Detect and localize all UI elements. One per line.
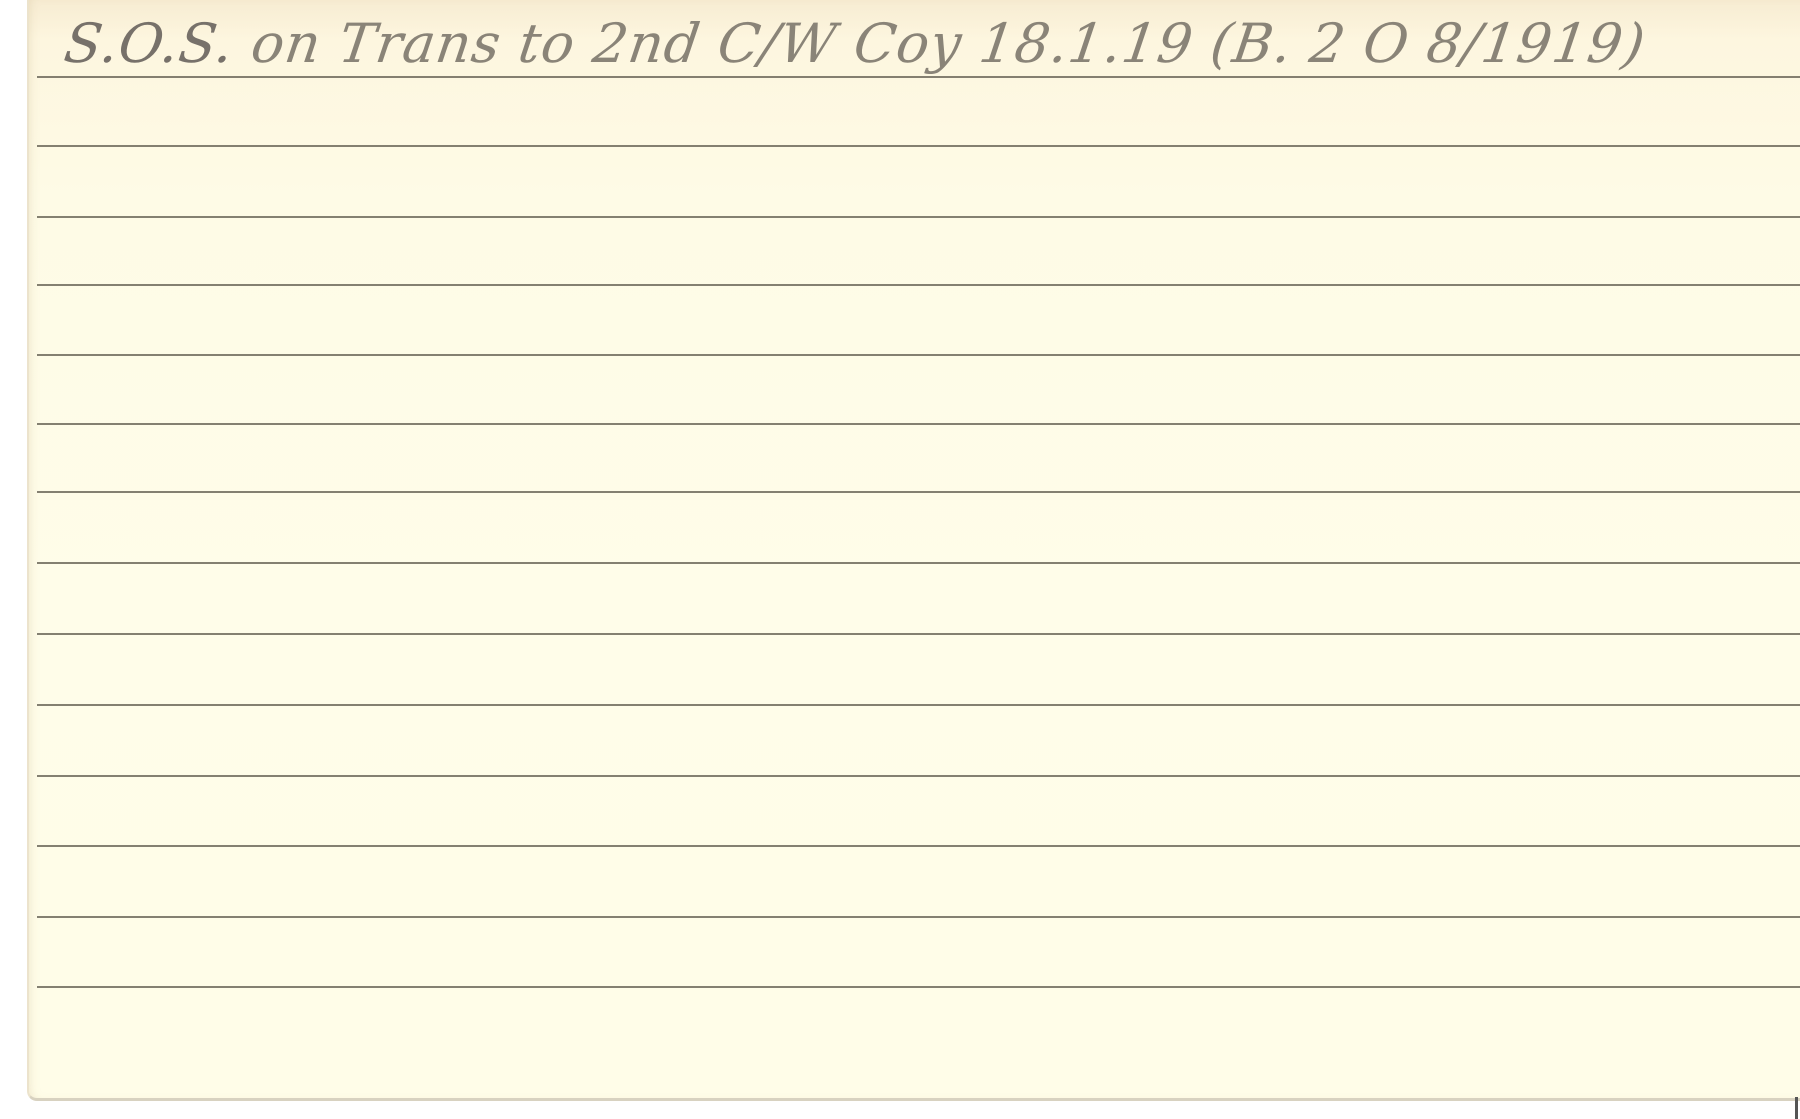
ruled-line [37,562,1800,564]
ruled-line [37,775,1800,777]
ruled-line [37,633,1800,635]
ruled-line [37,216,1800,218]
ruled-line [37,145,1800,147]
ruled-line [37,845,1800,847]
scan-edge-mark [1795,1097,1798,1119]
ruled-line [37,423,1800,425]
ruled-line [37,704,1800,706]
ruled-line [37,986,1800,988]
handwritten-prefix: S.O.S. [61,12,239,75]
ruled-line [37,491,1800,493]
ruled-line [37,76,1800,78]
handwritten-text: on Trans to 2nd C/W Coy 18.1.19 (B. 2 O … [247,12,1649,75]
handwritten-entry: S.O.S. on Trans to 2nd C/W Coy 18.1.19 (… [61,12,1650,75]
ruled-line [37,284,1800,286]
ruled-line [37,354,1800,356]
ruled-line [37,916,1800,918]
index-card: S.O.S. on Trans to 2nd C/W Coy 18.1.19 (… [27,0,1800,1101]
